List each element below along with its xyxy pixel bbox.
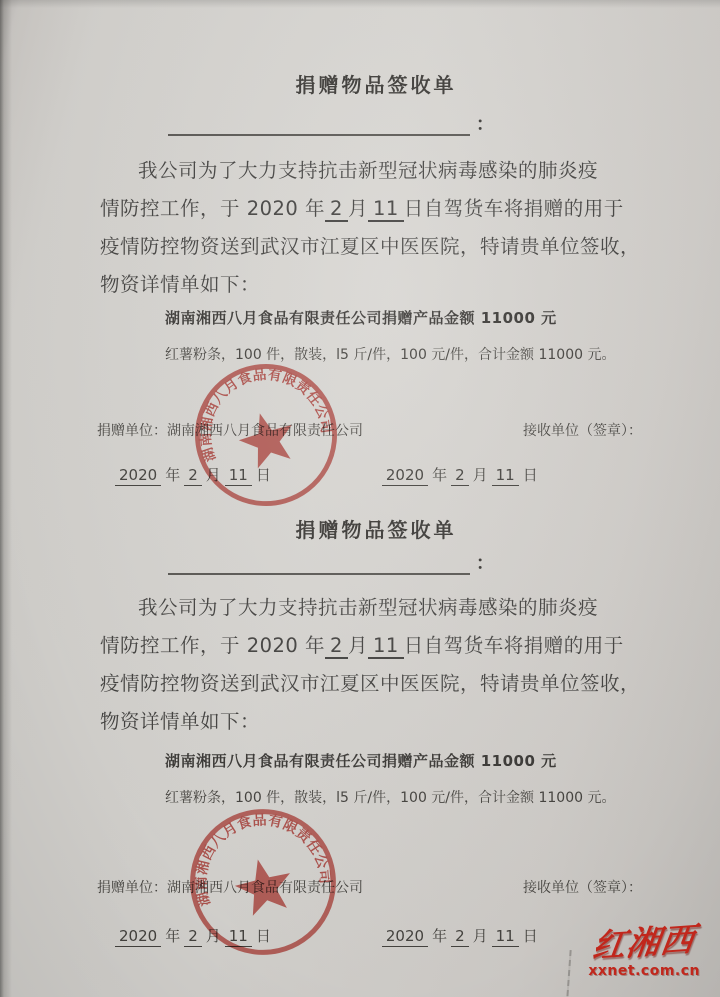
signature-row: 捐赠单位：湖南湘西八月食品有限责任公司 接收单位（签章）：: [97, 877, 642, 897]
salutation-colon: ：: [476, 549, 494, 575]
body-line-2: 情防控工作，于 2020 年2月11日自驾货车将捐赠的用于: [100, 190, 680, 228]
donor-unit-name: 湖南湘西八月食品有限责任公司: [167, 423, 363, 439]
site-watermark: 红湘西 xxnet.com.cn: [588, 926, 700, 979]
salutation-colon: ：: [476, 110, 494, 136]
donor-unit-name: 湖南湘西八月食品有限责任公司: [167, 880, 363, 896]
body-line-4: 物资详情单如下：: [100, 703, 680, 741]
donation-amount-line: 湖南湘西八月食品有限责任公司捐赠产品金额 11000 元: [165, 308, 720, 328]
donor-unit-label: 捐赠单位：: [97, 880, 167, 896]
body-line-3: 疫情防控物资送到武汉市江夏区中医医院，特请贵单位签收，: [100, 228, 680, 266]
receipt-copy-2: 捐赠物品签收单 ： 我公司为了大力支持抗击新型冠状病毒感染的肺炎疫 情防控工作，…: [0, 505, 720, 946]
addressee-blank-line: [168, 112, 470, 136]
body-line-2: 情防控工作，于 2020 年2月11日自驾货车将捐赠的用于: [100, 627, 680, 665]
body-line-2-post: 日自驾货车将捐赠的用于: [404, 634, 624, 657]
donor-date: 2020年2月11日: [113, 464, 273, 485]
month-unit: 月: [348, 634, 368, 657]
donor-date: 2020年2月11日: [113, 925, 273, 946]
watermark-logo-text: 红湘西: [586, 922, 702, 964]
body-line-1: 我公司为了大力支持抗击新型冠状病毒感染的肺炎疫: [100, 589, 680, 627]
seal-ring-text: 湖南湘西八月食品有限责任公司: [186, 805, 336, 915]
receipt-title: 捐赠物品签收单: [16, 72, 720, 98]
receipt-title: 捐赠物品签收单: [16, 517, 720, 543]
dates-row: 2020年2月11日 2020年2月11日: [0, 464, 720, 485]
body-line-2-pre: 情防控工作，于 2020 年: [100, 634, 325, 657]
donation-month-value: 2: [325, 197, 348, 222]
item-detail-line: 红薯粉条，100 件，散装，l5 斤/件，100 元/件，合计金额 11000 …: [165, 346, 720, 364]
donor-unit: 捐赠单位：湖南湘西八月食品有限责任公司: [97, 420, 363, 440]
receipt-copy-1: 捐赠物品签收单 ： 我公司为了大力支持抗击新型冠状病毒感染的肺炎疫 情防控工作，…: [0, 60, 720, 485]
paper-edge-top: [0, 0, 720, 8]
donation-amount-line: 湖南湘西八月食品有限责任公司捐赠产品金额 11000 元: [165, 751, 720, 771]
signature-row: 捐赠单位：湖南湘西八月食品有限责任公司 接收单位（签章）：: [97, 420, 642, 440]
body-paragraph: 我公司为了大力支持抗击新型冠状病毒感染的肺炎疫 情防控工作，于 2020 年2月…: [0, 589, 720, 741]
donation-day-value: 11: [368, 634, 404, 659]
watermark-url: xxnet.com.cn: [588, 963, 700, 979]
item-detail-line: 红薯粉条，100 件，散装，l5 斤/件，100 元/件，合计金额 11000 …: [165, 789, 720, 807]
paper-edge-left: [0, 0, 12, 997]
body-line-1: 我公司为了大力支持抗击新型冠状病毒感染的肺炎疫: [100, 152, 680, 190]
body-line-3: 疫情防控物资送到武汉市江夏区中医医院，特请贵单位签收，: [100, 665, 680, 703]
salutation-line: ：: [168, 112, 720, 136]
seal-ring-text: 湖南湘西八月食品有限责任公司: [191, 360, 337, 470]
receiver-date: 2020年2月11日: [380, 464, 540, 485]
addressee-blank-line: [168, 551, 470, 575]
receiver-unit-label: 接收单位（签章）：: [523, 420, 642, 440]
donation-month-value: 2: [325, 634, 348, 659]
donor-unit-label: 捐赠单位：: [97, 423, 167, 439]
body-line-2-post: 日自驾货车将捐赠的用于: [404, 197, 624, 220]
receiver-unit-label: 接收单位（签章）：: [523, 877, 642, 897]
donor-unit: 捐赠单位：湖南湘西八月食品有限责任公司: [97, 877, 363, 897]
body-line-2-pre: 情防控工作，于 2020 年: [100, 197, 325, 220]
body-line-4: 物资详情单如下：: [100, 266, 680, 304]
document-photo: 捐赠物品签收单 ： 我公司为了大力支持抗击新型冠状病毒感染的肺炎疫 情防控工作，…: [0, 0, 720, 997]
paper-fold-line: [566, 950, 571, 997]
month-unit: 月: [348, 197, 368, 220]
body-paragraph: 我公司为了大力支持抗击新型冠状病毒感染的肺炎疫 情防控工作，于 2020 年2月…: [0, 152, 720, 304]
receiver-date: 2020年2月11日: [380, 925, 540, 946]
donation-day-value: 11: [368, 197, 404, 222]
salutation-line: ：: [168, 551, 720, 575]
